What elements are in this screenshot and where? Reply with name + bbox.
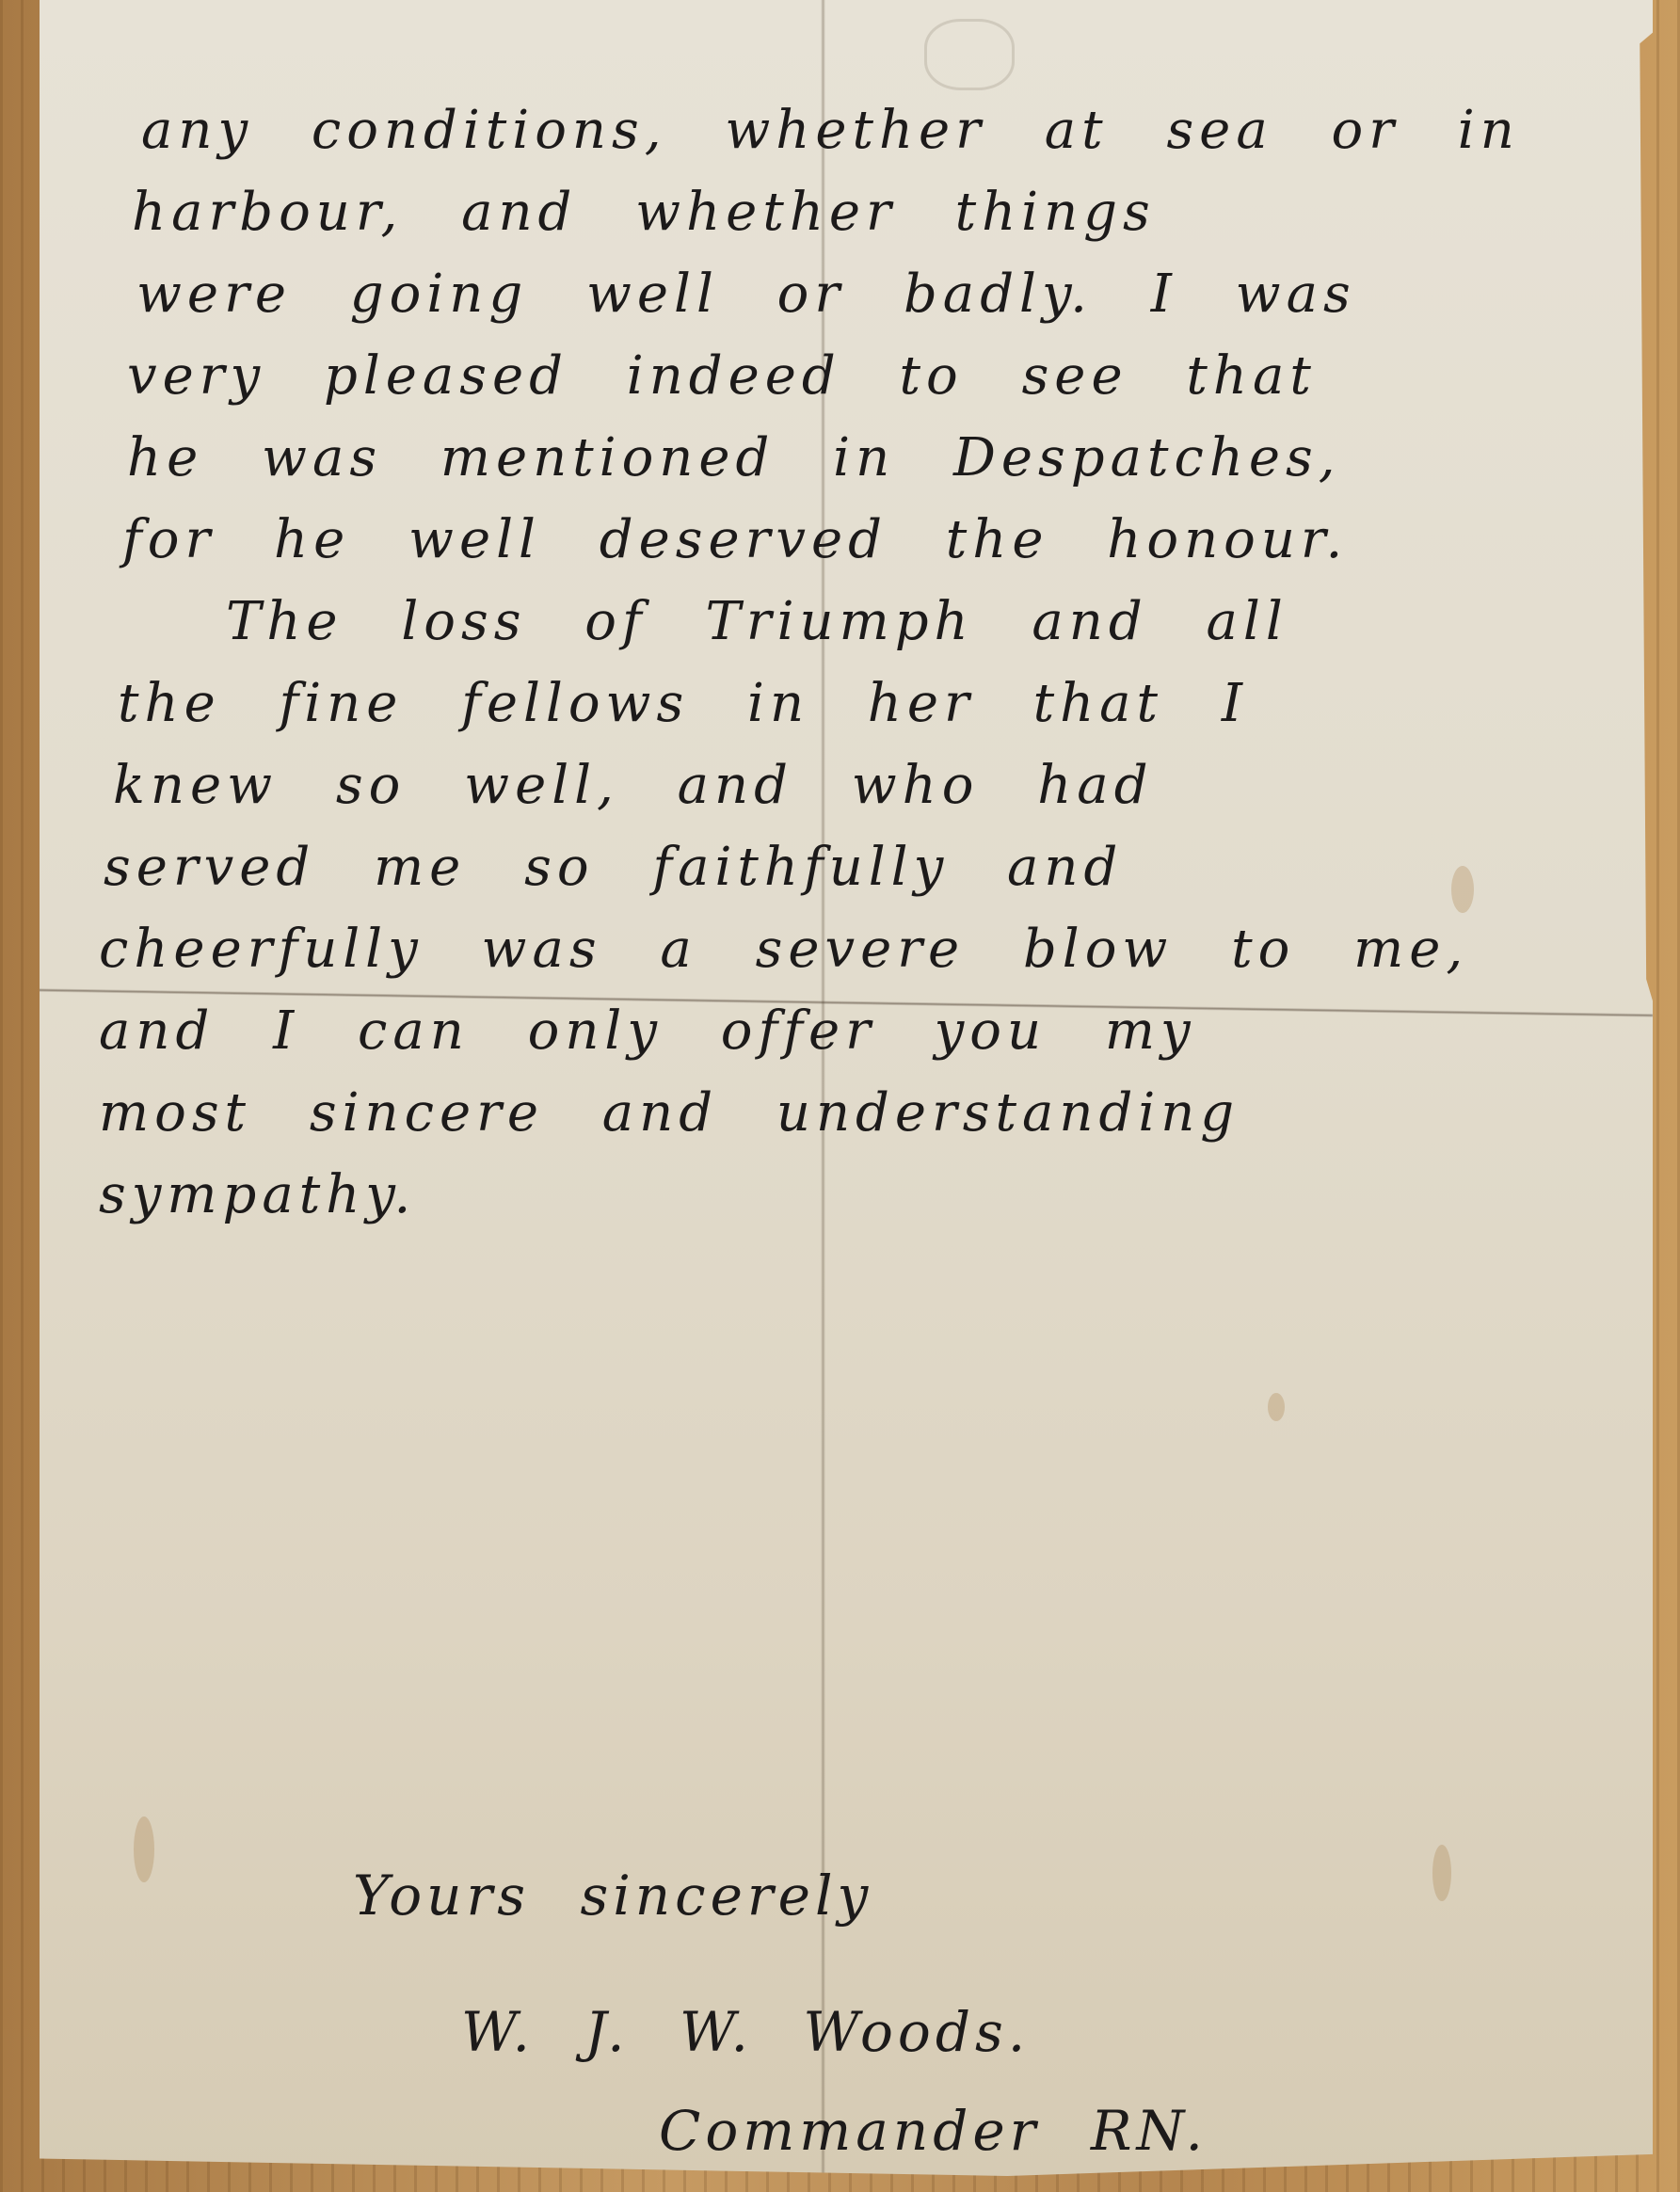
letter-line: he was mentioned in Despatches, — [127, 417, 1600, 499]
signatory-rank: Commander RN. — [659, 2099, 1208, 2163]
faint-stamp-mark — [924, 19, 1015, 90]
letter-line: were going well or badly. I was — [136, 253, 1600, 335]
signature: W. J. W. Woods. — [461, 2000, 1030, 2064]
valediction: Yours sincerely — [353, 1864, 872, 1928]
stain-mark — [1268, 1393, 1285, 1421]
stain-mark — [134, 1816, 154, 1882]
letter-line: harbour, and whether things — [132, 171, 1600, 253]
letter-body: any conditions, whether at sea or in har… — [141, 89, 1600, 1236]
letter-line: cheerfully was a severe blow to me, — [99, 908, 1600, 990]
letter-line: any conditions, whether at sea or in — [141, 89, 1600, 171]
letter-line: and I can only offer you my — [99, 990, 1600, 1072]
letter-line: The loss of Triumph and all — [141, 581, 1600, 663]
letter-line: very pleased indeed to see that — [127, 335, 1600, 417]
letter-line: sympathy. — [99, 1154, 1600, 1236]
stain-mark — [1432, 1845, 1451, 1901]
letter-line: the fine fellows in her that I — [118, 663, 1600, 744]
letter-line: served me so faithfully and — [104, 826, 1600, 908]
letter-line: knew so well, and who had — [113, 744, 1600, 826]
letter-line: most sincere and understanding — [99, 1072, 1600, 1154]
letter-line: for he well deserved the honour. — [122, 499, 1600, 581]
